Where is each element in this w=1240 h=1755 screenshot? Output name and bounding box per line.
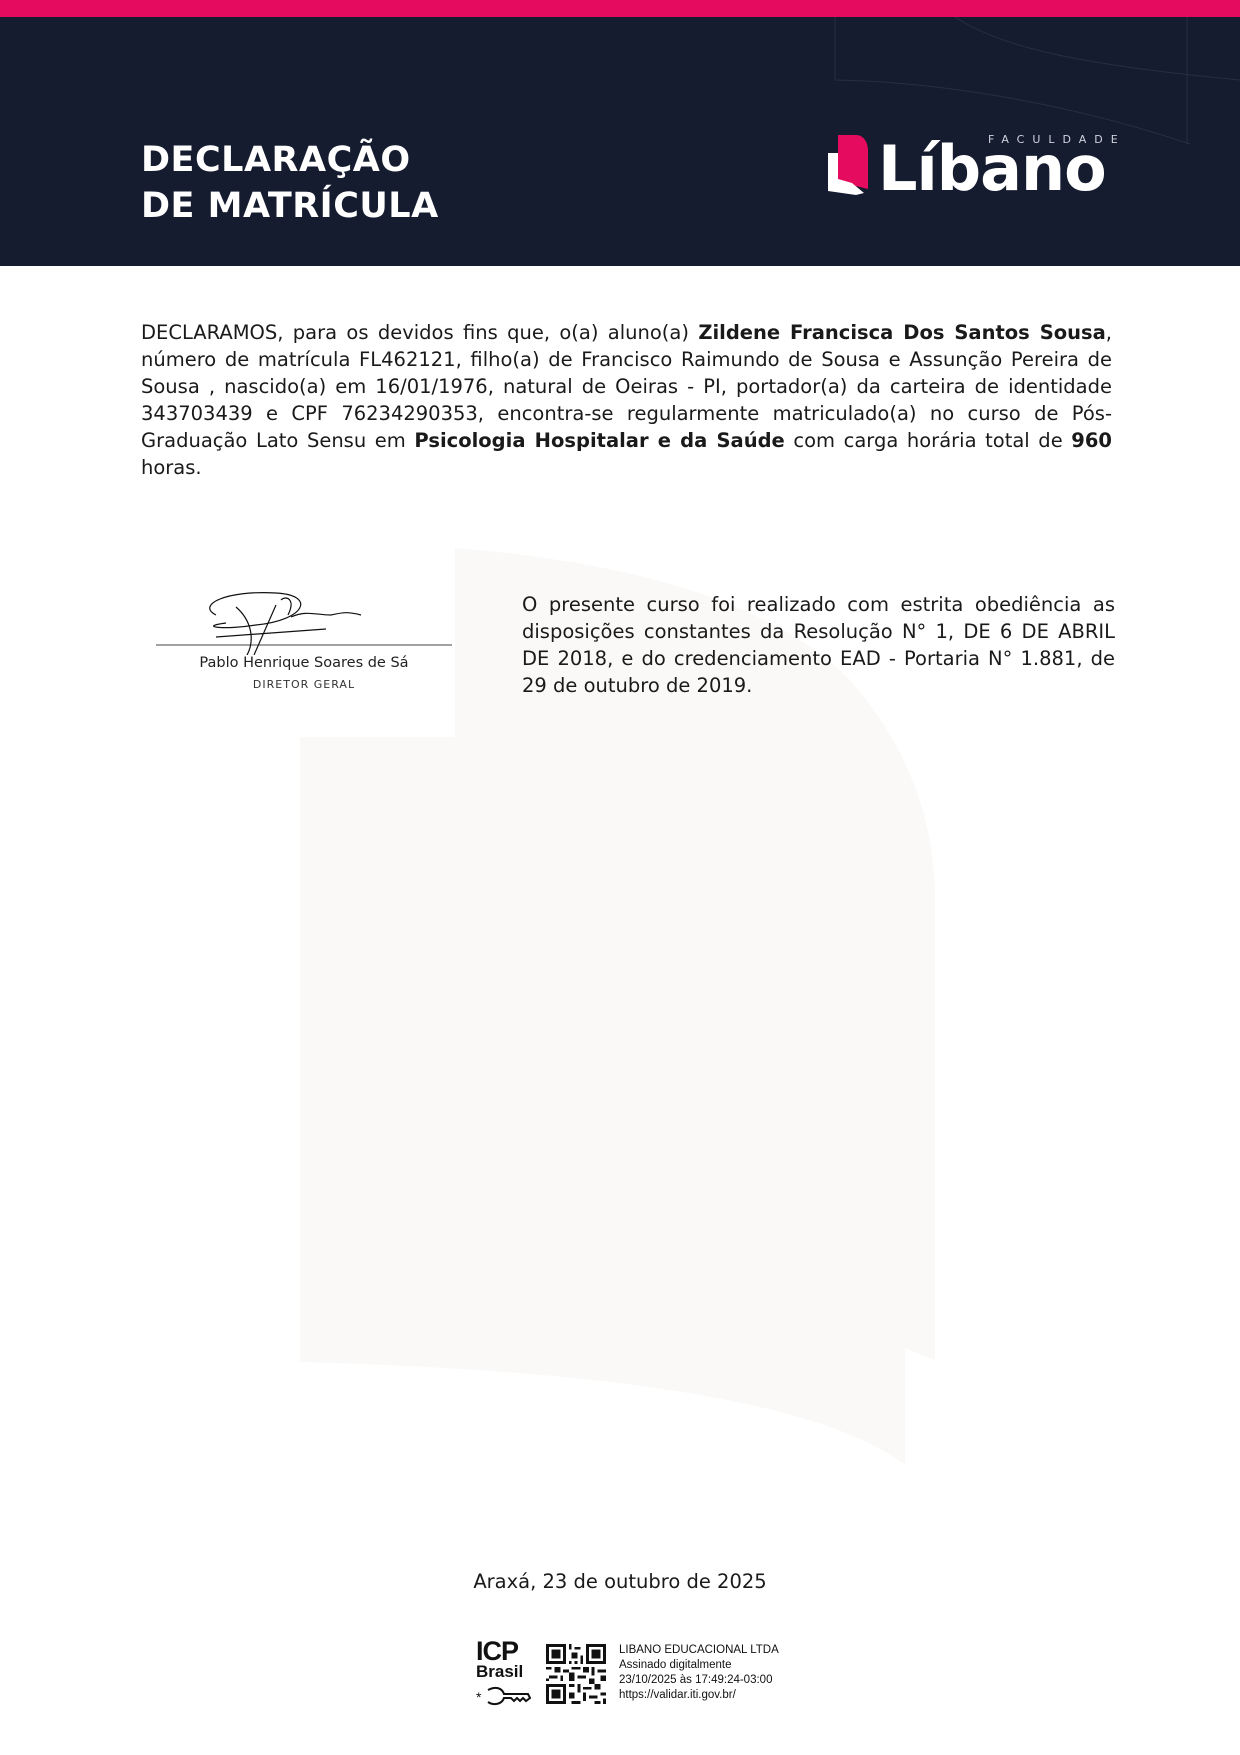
- place-and-date: Araxá, 23 de outubro de 2025: [0, 1570, 1240, 1593]
- logo-wordmark: Líbano: [878, 134, 1106, 204]
- document-title: DECLARAÇÃO DE MATRÍCULA: [141, 137, 439, 229]
- book-icon: [826, 135, 872, 197]
- icp-brasil-logo: ICP Brasil *: [476, 1640, 534, 1710]
- signatory-role: DIRETOR GERAL: [156, 678, 452, 691]
- title-line-2: DE MATRÍCULA: [141, 183, 439, 229]
- digital-signature-stamp: ICP Brasil * LIBANO EDUCACIONAL LTDA Ass…: [476, 1640, 816, 1710]
- handwritten-signature: [156, 585, 452, 655]
- stamp-company: LIBANO EDUCACIONAL LTDA: [619, 1643, 779, 1658]
- stamp-timestamp: 23/10/2025 às 17:49:24-03:00: [619, 1673, 779, 1688]
- stamp-validation-link[interactable]: https://validar.iti.gov.br/: [619, 1688, 779, 1703]
- svg-text:*: *: [476, 1689, 482, 1705]
- key-icon: *: [476, 1684, 534, 1708]
- stamp-details: LIBANO EDUCACIONAL LTDA Assinado digital…: [619, 1643, 779, 1703]
- course-name: Psicologia Hospitalar e da Saúde: [414, 429, 784, 452]
- compliance-paragraph: O presente curso foi realizado com estri…: [522, 591, 1115, 699]
- faculdade-libano-logo: FACULDADE Líbano: [826, 127, 1126, 207]
- accent-strip: [0, 0, 1240, 17]
- title-line-1: DECLARAÇÃO: [141, 137, 439, 183]
- signatory-name: Pablo Henrique Soares de Sá: [156, 655, 452, 671]
- course-hours: 960: [1071, 429, 1112, 452]
- qr-code-icon[interactable]: [546, 1644, 606, 1704]
- student-name: Zildene Francisca Dos Santos Sousa: [698, 321, 1105, 344]
- signature-block: Pablo Henrique Soares de Sá DIRETOR GERA…: [156, 585, 452, 695]
- stamp-status: Assinado digitalmente: [619, 1658, 779, 1673]
- declaration-paragraph: DECLARAMOS, para os devidos fins que, o(…: [141, 319, 1112, 481]
